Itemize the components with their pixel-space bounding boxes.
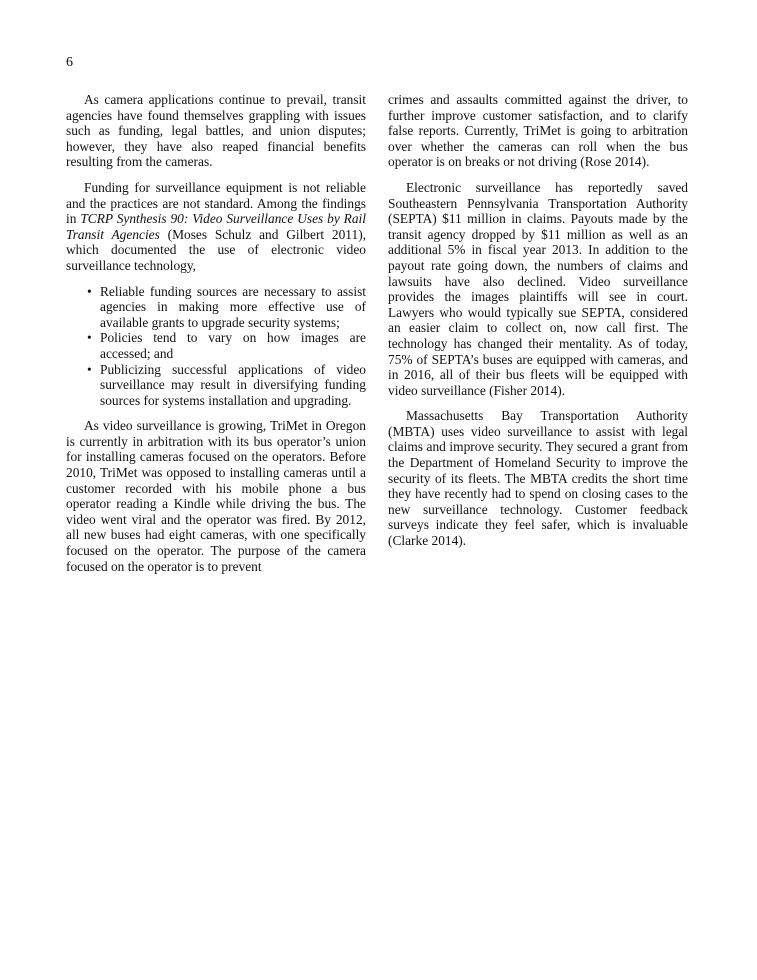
bullet-text-policies: Policies tend to vary on how images are … <box>100 330 366 361</box>
bullet-icon: • <box>87 362 92 378</box>
paragraph-trimet-arbitration: As video surveillance is growing, TriMet… <box>66 418 366 574</box>
list-item: •Publicizing successful applications of … <box>100 362 366 409</box>
right-column: crimes and assaults committed against th… <box>388 92 688 584</box>
bullet-text-publicizing: Publicizing successful applications of v… <box>100 362 366 408</box>
page-number: 6 <box>66 55 688 71</box>
findings-bullet-list: •Reliable funding sources are necessary … <box>66 284 366 409</box>
paragraph-camera-applications: As camera applications continue to preva… <box>66 92 366 170</box>
paragraph-funding-findings: Funding for surveillance equipment is no… <box>66 180 366 274</box>
paragraph-mbta: Massachusetts Bay Transportation Authori… <box>388 408 688 548</box>
two-column-layout: As camera applications continue to preva… <box>66 92 688 584</box>
list-item: •Reliable funding sources are necessary … <box>100 284 366 331</box>
paragraph-septa: Electronic surveillance has reportedly s… <box>388 180 688 398</box>
left-column: As camera applications continue to preva… <box>66 92 366 584</box>
list-item: •Policies tend to vary on how images are… <box>100 330 366 361</box>
paragraph-trimet-continued: crimes and assaults committed against th… <box>388 92 688 170</box>
bullet-icon: • <box>87 284 92 300</box>
document-page: 6 As camera applications continue to pre… <box>0 0 757 980</box>
bullet-text-funding-sources: Reliable funding sources are necessary t… <box>100 284 366 330</box>
bullet-icon: • <box>87 330 92 346</box>
